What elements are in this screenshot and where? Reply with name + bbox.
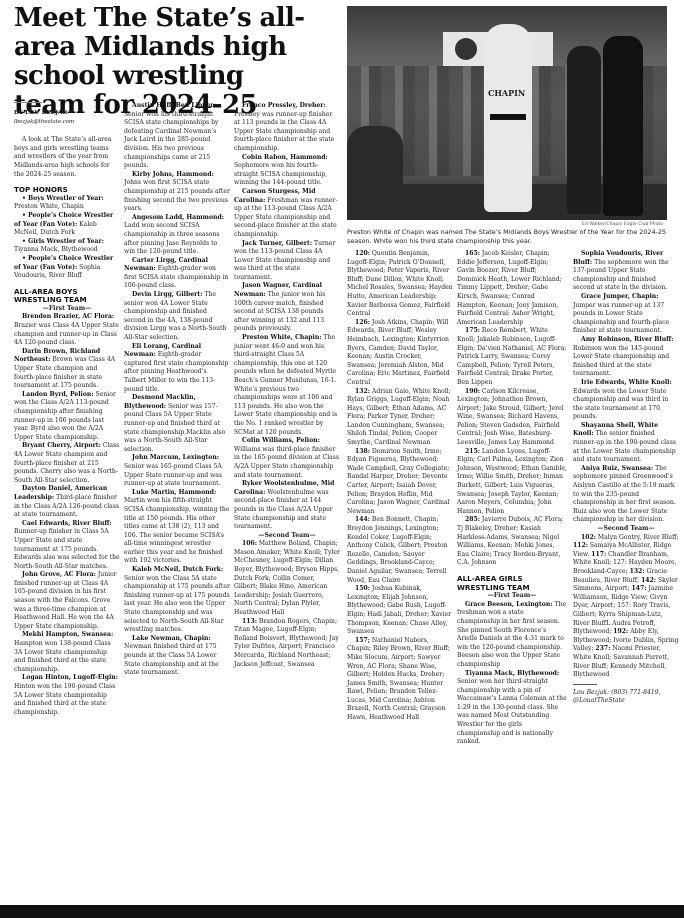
boys-first-team-entry-text: Pressley was runner-up finisher at 113 p… [234,111,334,152]
boys-second-team-weight-class: 120: Quentin Benjamin, Lugoff-Elgin; Pat… [347,250,453,319]
boys-first-team-entry-label: Luke Martin, Hammond: [132,489,216,496]
boys-first-team-entry-text: Senior was 157-pound Class 5A Upper Stat… [124,403,225,453]
photo-caption: Preston White of Chapin was named The St… [347,228,677,245]
boys-second-team-list-cont: 165: Jacob Keisler, Chapin; Eddie Jeffer… [457,250,567,747]
author-signoff: Lou Bezjak: (803) 771-8419, @LouatTheSta… [573,689,679,706]
boys-first-team-entry-label: John Grove, AC Flora: [22,571,96,578]
byline-rule [14,102,42,103]
boys-first-team-entry-label: Kaleb McNeil, Dutch Fork: [132,566,223,573]
honor-item-label: • People’s Choice Wrestler of Year (Fan … [14,212,113,228]
boys-first-team-entry-label: Brenden Brazier, AC Flora: [22,313,114,320]
boys-first-team-entry: Landon Byrd, Pelion: Senior won the Clas… [14,391,120,443]
boys-first-team-entry-text: Ladd won second SCISA championship in th… [124,222,220,255]
boys-second-team-weight-class: 285: Javierre Dubois, AC Flora; Tj Blake… [457,516,567,568]
photo-coach-1 [567,46,601,214]
boys-second-team-weight-class-label: 175: [465,327,480,334]
boys-first-team-entry-label: Landon Byrd, Pelion: [22,391,94,398]
boys-first-team-entry-label: Franco Pressley, Dreher: [242,102,326,109]
boys-first-team-entry-text: Senior won the Class A/2A 113-pound cham… [14,391,116,441]
boys-first-team-entry: Austin Huff, Ben Lippen: Senior won his … [124,102,230,171]
boys-second-team-weight-class-text: Adrian Galo, White Knoll; Rylan Griggs, … [347,388,451,447]
boys-first-team-entry-label: Mekhi Hampton, Swansea: [22,631,113,638]
boys-second-team-weight-class-label: 157; [355,637,370,644]
boys-first-team-entry-label: Preston White, Chapin: [242,334,322,341]
boys-second-team-weight-class-label: 190: [465,388,480,395]
boys-second-team-weight-class: 215: Landon Lyons, Lugoff-Elgin; Carl Pa… [457,448,567,517]
page-bottom-bar [0,905,684,918]
girls-first-team-entry-label: Grace Beeson, Lexington: [465,601,553,608]
column-6: Sophia Voudouris, River Bluff: The sopho… [573,250,679,706]
girls-first-team-entry-label: Grace Jumper, Chapin: [581,293,658,300]
boys-second-team-weight-class: 126: Josh Atkins, Chapin; Will Edwards, … [347,319,453,388]
boys-second-team-weight-class: 144: Ben Bonnett, Chapin; Breydon Jennin… [347,516,453,585]
girls-first-team-entry: Tiyanna Mack, Blythewood: Senior won her… [457,670,567,747]
boys-first-team-entry: Bryant Cherry, Airport: Class 4A Lower S… [14,442,120,485]
boys-second-team-weight-class-text: Reco Rembert, White Knoll; Jakaleb Robin… [457,327,566,386]
girls-team-heading: ALL-AREA GIRLS WRESTLING TEAM [457,575,567,592]
signoff-rule [573,684,597,685]
boys-first-team-entry-label: Colin Williams, Pelion: [242,437,320,444]
boys-first-team-entry-text: Hampton won 138-pound Class 3A Lower Sta… [14,640,111,673]
boys-first-team-entry: Ryker Woolstenhulme, Mid Carolina: Wools… [234,480,340,532]
boys-second-team-weight-class: 138: Demirion Smith, Irmo; Edyan Figuero… [347,448,453,517]
girls-first-team-entry-text: The sophomore pinned Greenwood’s Aislynn… [573,465,676,524]
photo-image: CHAPIN [347,6,667,220]
girls-first-team-entry: Sophia Voudouris, River Bluff: The sopho… [573,250,679,293]
boys-first-team-entry: Preston White, Chapin: The junior went 4… [234,334,340,437]
girls-first-team-entry-text: Edwards won the Lower State championship… [573,388,668,421]
boys-first-team-label: —First Team— [14,305,120,314]
girls-first-team-entry-label: Tiyanna Mack, Blythewood: [465,670,559,677]
honor-item-text: Tiyanna Mack, Blythewood [14,246,98,253]
boys-second-team-weight-class: 190: Carlson Kilcrease, Lexington; Johna… [457,388,567,448]
honor-item-label: • Boys Wrestler of Year: [22,195,104,202]
girls-weight-label: 112: [573,542,588,549]
boys-first-team-entry-text: Hinton won the 190-pound Class 5A Lower … [14,683,115,716]
photo-jersey-text: CHAPIN [488,88,525,98]
girls-first-team-entry: Grace Jumper, Chapin: Jumper was runner-… [573,293,679,336]
boys-second-team-weight-class-label: 113: [242,618,257,625]
girls-first-team-entry-label: Aniya Ruiz, Swansea: [581,465,653,472]
girls-weight-names: Malyn Gentry, River Bluff; [596,534,679,541]
boys-first-team-entry-text: The junior went 46-0 and won his third-s… [234,334,337,436]
photo-coach-2 [603,36,643,216]
boys-first-team-entry: Angesom Ladd, Hammond: Ladd won second S… [124,214,230,257]
boys-second-team-weight-class-label: 215: [465,448,480,455]
boys-first-team-list: Brenden Brazier, AC Flora: Brazier was C… [14,313,120,717]
girls-first-team-entry: Aniya Ruiz, Swansea: The sophomore pinne… [573,465,679,525]
girls-weight-label: 147: [631,585,646,592]
top-honors-list: • Boys Wrestler of Year: Preston White, … [14,195,120,281]
girls-first-team-entry-label: Irie Edwards, White Knoll: [581,379,672,386]
photo-logo-icon [455,38,477,60]
boys-first-team-entry: Desmond Macklin, Blythewood: Senior was … [124,394,230,454]
boys-second-team-weight-class-text: Joshua Kubinak, Lexington; Elijah Johnso… [347,585,451,635]
column-4: 120: Quentin Benjamin, Lugoff-Elgin; Pat… [347,250,453,723]
boys-second-team-list: 120: Quentin Benjamin, Lugoff-Elgin; Pat… [347,250,453,723]
boys-second-team-weight-class-text: Landon Lyons, Lugoff-Elgin; Carl Palma, … [457,448,567,515]
boys-second-team-weight-class-text: Quentin Benjamin, Lugoff-Elgin; Patrick … [347,250,453,317]
column-1: BY LOU BEZJAK lbezjak@thestate.com A loo… [14,102,120,717]
boys-first-team-entry: John Marcum, Lexington: Senior was 165-p… [124,454,230,488]
boys-first-team-entry: Kaleb McNeil, Dutch Fork: Senior won the… [124,566,230,635]
girls-first-team-label: —First Team— [457,592,567,601]
boys-second-team-weight-class-label: 165: [465,250,480,257]
boys-second-team-weight-class-label: 150: [355,585,370,592]
top-honors-heading: TOP HONORS [14,186,120,195]
boys-first-team-entry-label: Kirby Johns, Hammond: [132,171,214,178]
boys-first-team-entry: Mekhi Hampton, Swansea: Hampton won 138-… [14,631,120,674]
boys-second-team-weight-class: 106: Matthew Boland, Chapin; Mason Amake… [234,540,340,617]
boys-first-team-entry: John Grove, AC Flora: Junior finished ru… [14,571,120,631]
boys-second-team-weight-class-label: 132: [355,388,370,395]
column-2: Austin Huff, Ben Lippen: Senior won his … [124,102,230,678]
boys-team-heading: ALL-AREA BOYS WRESTLING TEAM [14,288,120,305]
girls-weight-label: 102: [581,534,596,541]
boys-second-team-label: —Second Team— [234,532,340,541]
byline-email[interactable]: lbezjak@thestate.com [14,118,120,127]
boys-first-team-entry: Colin Williams, Pelion: Williams was thi… [234,437,340,480]
lead-photo: CHAPIN Ed Walker/Chapin Eagle Club Photo [347,6,667,222]
boys-second-team-weight-class-label: 126: [355,319,370,326]
honor-item: • Boys Wrestler of Year: Preston White, … [14,195,120,212]
boys-first-team-entry-label: Jack Turner, Gilbert: [242,240,312,247]
honor-item-text: Preston White, Chapin [14,203,84,210]
girls-weight-label: 117: [591,551,606,558]
girls-weight-label: 237: [595,645,610,652]
girls-weight-label: 192: [613,628,628,635]
boys-second-team-weight-class-text: Ben Bonnett, Chapin; Breydon Jennings, L… [347,516,448,583]
boys-first-team-entry-label: John Marcum, Lexington: [132,454,219,461]
boys-first-team-entry-label: Logan Hinton, Lugoff-Elgin: [22,674,118,681]
boys-first-team-entry: Dayton Daniel, American Leadership: Thir… [14,485,120,519]
boys-first-team-list-cont: Austin Huff, Ben Lippen: Senior won his … [124,102,230,678]
boys-first-team-entry: Jason Wagner, Cardinal Newman: The junio… [234,282,340,334]
girls-team-list: Sophia Voudouris, River Bluff: The sopho… [573,250,679,706]
boys-second-team-weight-class: 150: Joshua Kubinak, Lexington; Elijah J… [347,585,453,637]
boys-first-team-entry: Franco Pressley, Dreher: Pressley was ru… [234,102,340,154]
boys-second-team-weight-class-text: Josh Atkins, Chapin; Will Edwards, River… [347,319,450,386]
boys-second-team-weight-class: 175: Reco Rembert, White Knoll; Jakaleb … [457,327,567,387]
boys-first-team-entry: Lake Newman, Chapin: Newman finished thi… [124,635,230,678]
column-5: 165: Jacob Keisler, Chapin; Eddie Jeffer… [457,250,567,747]
boys-second-team-weight-class: 165: Jacob Keisler, Chapin; Eddie Jeffer… [457,250,567,327]
boys-first-team-entry-text: Runner-up finisher in Class 5A Upper Sta… [14,528,120,569]
boys-second-team-weight-class-label: 144: [355,516,370,523]
boys-first-team-entry-label: Devin Lirgg, Gilbert: [132,291,202,298]
girls-first-team-entry: Grace Beeson, Lexington: The freshman wo… [457,601,567,670]
honor-item: • People’s Choice Wrestler of Year (Fan … [14,255,120,281]
boys-first-team-entry-label: Bryant Cherry, Airport: [22,442,101,449]
boys-first-team-entry-text: Newman finished third at 175 pounds at t… [124,643,219,676]
boys-first-team-entry-text: Johns won first SCISA state championship… [124,179,230,212]
boys-first-team-entry: Carson Sturgess, Mid Carolina: Freshman … [234,188,340,240]
boys-second-team-weight-class-label: 120: [355,250,370,257]
boys-second-team-weight-class-text: Javierre Dubois, AC Flora; Tj Blakeley, … [457,516,563,566]
boys-first-team-entry-text: Martin won his fifth-straight SCISA cham… [124,497,229,564]
boys-first-team-entry: Logan Hinton, Lugoff-Elgin: Hinton won t… [14,674,120,717]
honor-item: • Girls Wrestler of Year: Tiyanna Mack, … [14,238,120,255]
boys-second-team-weight-class-label: 138: [355,448,370,455]
photo-opponent [347,126,403,218]
boys-second-team-weight-class-text: Demirion Smith, Irmo; Edyan Figueroa, Bl… [347,448,450,515]
photo-wrestler-belt [490,114,526,120]
boys-first-team-entry-text: Junior finished runner-up at Class 4A 16… [14,571,117,630]
honor-item-label: • Girls Wrestler of Year: [22,238,104,245]
boys-first-team-entry: Brenden Brazier, AC Flora: Brazier was C… [14,313,120,347]
girls-first-team-entry: Shayanna Shell, White Knoll: The senior … [573,422,679,465]
girls-first-team-entry-text: Jumper was runner-up at 137 pounds in Lo… [573,302,669,335]
girls-second-team-label: —Second Team— [573,525,679,534]
column-3: Franco Pressley, Dreher: Pressley was ru… [234,102,340,669]
boys-first-team-entry-text: The senior won 4A Lower State championsh… [124,291,226,341]
boys-first-team-entry: Cobin Rabon, Hammond: Sophomore won his … [234,154,340,188]
girls-first-team-entry-text: Robinson won the 145-pound Lower State c… [573,345,669,378]
boys-second-team-weight-class: 132: Adrian Galo, White Knoll; Rylan Gri… [347,388,453,448]
byline: BY LOU BEZJAK [14,109,120,118]
boys-first-team-list-cont: Franco Pressley, Dreher: Pressley was ru… [234,102,340,669]
boys-second-team-weight-class-text: Carlson Kilcrease, Lexington; Johnathon … [457,388,564,447]
boys-first-team-entry-text: Brazier was Class 4A Upper State champio… [14,322,119,346]
boys-first-team-entry: Luke Martin, Hammond: Martin won his fif… [124,489,230,566]
boys-second-team-weight-class-text: Jacob Keisler, Chapin; Eddie Jefferson, … [457,250,562,326]
boys-first-team-entry-text: Senior was 165-pound Class 5A Upper Stat… [124,463,222,487]
honor-item: • People’s Choice Wrestler of Year (Fan … [14,212,120,238]
boys-first-team-entry-text: Sophomore won his fourth-straight SCISA … [234,162,327,186]
boys-second-team-weight-class-label: 285: [465,516,480,523]
girls-first-team-entry-label: Amy Robinson, River Bluff: [581,336,673,343]
boys-first-team-entry-label: Cobin Rabon, Hammond: [242,154,328,161]
intro-paragraph: A look at The State’s all-area boys and … [14,136,120,179]
photo-wrestler: CHAPIN [484,24,532,212]
boys-second-team-weight-class-text: Nathaniel Nabors, Chapin; Riley Brown, R… [347,637,450,721]
boys-first-team-entry: Eli Lorang, Cardinal Newman: Eighth-grad… [124,343,230,395]
boys-first-team-entry: Devin Lirgg, Gilbert: The senior won 4A … [124,291,230,343]
boys-first-team-entry-label: Austin Huff, Ben Lippen: [132,102,217,109]
boys-first-team-entry: Cael Edwards, River Bluff: Runner-up fin… [14,520,120,572]
girls-second-team-list: 102: Malyn Gentry, River Bluff; 112: Sam… [573,534,679,680]
boys-first-team-entry-label: Lake Newman, Chapin: [132,635,211,642]
boys-first-team-entry: Darin Brown, Richland Northeast: Brown w… [14,348,120,391]
boys-second-team-weight-class: 157; Nathaniel Nabors, Chapin; Riley Bro… [347,637,453,723]
boys-first-team-entry-text: Senior won the Class 5A state championsh… [124,575,230,634]
boys-first-team-entry-label: Cael Edwards, River Bluff: [22,520,112,527]
boys-second-team-weight-class-text: Matthew Boland, Chapin; Mason Amaker, Wh… [234,540,340,616]
girls-weight-label: 142: [641,577,656,584]
girls-first-team-entry-text: The freshman won a state championship in… [457,601,566,668]
girls-first-team-entry-text: Senior won her third-straight championsh… [457,678,567,745]
girls-weight-label: 132: [630,568,645,575]
boys-second-team-weight-class: 113: Brandon Rogers, Chapin; Titan Magee… [234,618,340,670]
boys-first-team-entry: Carter Lirgg, Cardinal Newman: Eighth-gr… [124,257,230,291]
boys-first-team-entry-text: Senior won his third-straight SCISA stat… [124,111,218,170]
boys-second-team-weight-class-label: 106: [242,540,257,547]
boys-first-team-entry: Jack Turner, Gilbert: Turner won the 113… [234,240,340,283]
photo-credit: Ed Walker/Chapin Eagle Club Photo [582,222,663,227]
girls-first-team-entry: Amy Robinson, River Bluff: Robinson won … [573,336,679,379]
girls-first-team-entry: Irie Edwards, White Knoll: Edwards won t… [573,379,679,422]
boys-second-team-weight-class-text: Brandon Rogers, Chapin; Titan Magee, Lug… [234,618,339,668]
boys-first-team-entry-text: Williams was third-place finisher in the… [234,446,339,479]
boys-first-team-entry: Kirby Johns, Hammond: Johns won first SC… [124,171,230,214]
boys-first-team-entry-label: Angesom Ladd, Hammond: [132,214,224,221]
